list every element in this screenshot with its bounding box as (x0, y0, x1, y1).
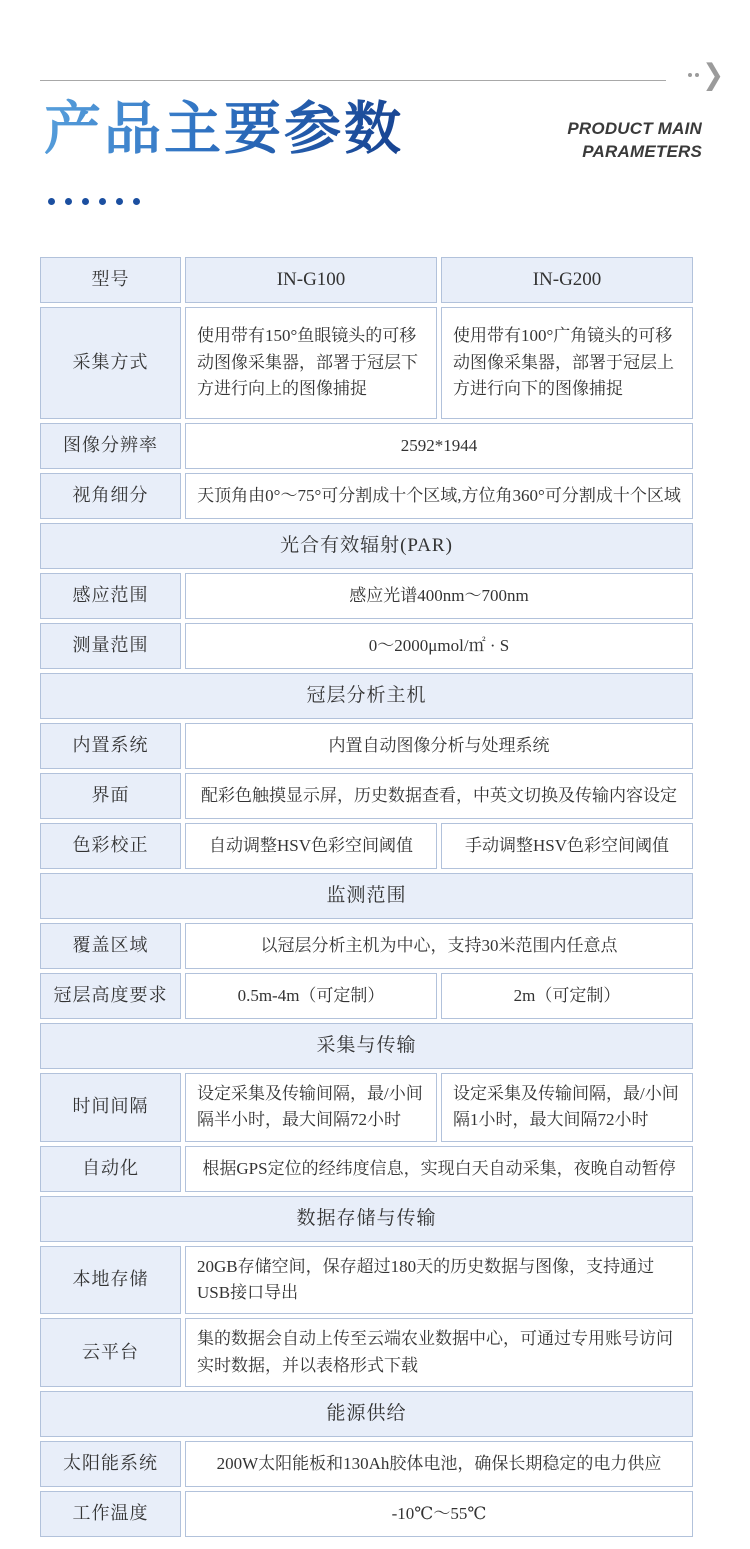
table-row: 自动化根据GPS定位的经纬度信息，实现白天自动采集，夜晚自动暂停 (40, 1146, 697, 1192)
spec-table: 型号IN-G100IN-G200采集方式使用带有150°鱼眼镜头的可移动图像采集… (40, 257, 697, 1537)
value-cell-span: 集的数据会自动上传至云端农业数据中心，可通过专用账号访问实时数据，并以表格形式下… (185, 1318, 693, 1387)
value-cell-span: 根据GPS定位的经纬度信息，实现白天自动采集，夜晚自动暂停 (185, 1146, 693, 1192)
header-divider-line (40, 80, 666, 81)
section-header-cell: 能源供给 (40, 1391, 693, 1437)
accent-dot-icon (99, 198, 106, 205)
row-label-cell: 图像分辨率 (40, 423, 181, 469)
row-label-cell: 自动化 (40, 1146, 181, 1192)
row-label-cell: 时间间隔 (40, 1073, 181, 1142)
table-row: 界面配彩色触摸显示屏，历史数据查看，中英文切换及传输内容设定 (40, 773, 697, 819)
table-row: 测量范围0～2000μmol/㎡ · S (40, 623, 697, 669)
value-cell-span: 感应光谱400nm～700nm (185, 573, 693, 619)
section-row: 监测范围 (40, 873, 697, 919)
row-label-cell: 本地存储 (40, 1246, 181, 1315)
section-row: 采集与传输 (40, 1023, 697, 1069)
accent-dot-icon (133, 198, 140, 205)
table-row: 色彩校正自动调整HSV色彩空间阈值手动调整HSV色彩空间阈值 (40, 823, 697, 869)
row-label-cell: 视角细分 (40, 473, 181, 519)
table-row: 太阳能系统200W太阳能板和130Ah胶体电池，确保长期稳定的电力供应 (40, 1441, 697, 1487)
value-cell-in-g200: 手动调整HSV色彩空间阈值 (441, 823, 693, 869)
accent-dot-icon (65, 198, 72, 205)
table-row: 型号IN-G100IN-G200 (40, 257, 697, 303)
value-cell-span: 2592*1944 (185, 423, 693, 469)
value-cell-in-g200: 设定采集及传输间隔，最/小间隔1小时，最大间隔72小时 (441, 1073, 693, 1142)
table-row: 冠层高度要求0.5m-4m（可定制）2m（可定制） (40, 973, 697, 1019)
value-cell-in-g100: 设定采集及传输间隔，最/小间隔半小时，最大间隔72小时 (185, 1073, 437, 1142)
row-label-cell: 太阳能系统 (40, 1441, 181, 1487)
table-row: 工作温度-10℃～55℃ (40, 1491, 697, 1537)
chevron-right-icon: ❯ (688, 62, 724, 88)
value-cell-in-g100: 使用带有150°鱼眼镜头的可移动图像采集器，部署于冠层下方进行向上的图像捕捉 (185, 307, 437, 419)
section-row: 数据存储与传输 (40, 1196, 697, 1242)
table-row: 覆盖区域以冠层分析主机为中心，支持30米范围内任意点 (40, 923, 697, 969)
value-cell-span: 200W太阳能板和130Ah胶体电池，确保长期稳定的电力供应 (185, 1441, 693, 1487)
value-cell-span: -10℃～55℃ (185, 1491, 693, 1537)
row-label-cell: 工作温度 (40, 1491, 181, 1537)
subtitle-line-1: PRODUCT MAIN (567, 118, 702, 141)
arrow-dot-icon (695, 73, 699, 77)
accent-dot-icon (116, 198, 123, 205)
chevron-glyph: ❯ (702, 61, 724, 90)
section-header-cell: 光合有效辐射(PAR) (40, 523, 693, 569)
row-label-cell: 采集方式 (40, 307, 181, 419)
value-cell-in-g200: IN-G200 (441, 257, 693, 303)
section-header-cell: 监测范围 (40, 873, 693, 919)
row-label-cell: 测量范围 (40, 623, 181, 669)
value-cell-in-g100: 0.5m-4m（可定制） (185, 973, 437, 1019)
row-label-cell: 界面 (40, 773, 181, 819)
table-row: 感应范围感应光谱400nm～700nm (40, 573, 697, 619)
section-row: 冠层分析主机 (40, 673, 697, 719)
row-label-cell: 色彩校正 (40, 823, 181, 869)
row-label-cell: 冠层高度要求 (40, 973, 181, 1019)
value-cell-span: 以冠层分析主机为中心，支持30米范围内任意点 (185, 923, 693, 969)
page-subtitle-en: PRODUCT MAIN PARAMETERS (567, 118, 702, 164)
accent-dot-icon (82, 198, 89, 205)
value-cell-span: 天顶角由0°～75°可分割成十个区域,方位角360°可分割成十个区域 (185, 473, 693, 519)
table-row: 时间间隔设定采集及传输间隔，最/小间隔半小时，最大间隔72小时设定采集及传输间隔… (40, 1073, 697, 1142)
value-cell-in-g200: 2m（可定制） (441, 973, 693, 1019)
section-header-cell: 数据存储与传输 (40, 1196, 693, 1242)
table-row: 云平台集的数据会自动上传至云端农业数据中心，可通过专用账号访问实时数据，并以表格… (40, 1318, 697, 1387)
value-cell-span: 0～2000μmol/㎡ · S (185, 623, 693, 669)
product-parameters-page: ❯ 产品主要参数 PRODUCT MAIN PARAMETERS 型号IN-G1… (0, 0, 750, 1549)
row-label-cell: 型号 (40, 257, 181, 303)
value-cell-in-g200: 使用带有100°广角镜头的可移动图像采集器，部署于冠层上方进行向下的图像捕捉 (441, 307, 693, 419)
value-cell-span: 20GB存储空间，保存超过180天的历史数据与图像，支持通过USB接口导出 (185, 1246, 693, 1315)
title-accent-dots (48, 198, 140, 205)
section-header-cell: 采集与传输 (40, 1023, 693, 1069)
table-row: 内置系统内置自动图像分析与处理系统 (40, 723, 697, 769)
row-label-cell: 覆盖区域 (40, 923, 181, 969)
table-row: 本地存储20GB存储空间，保存超过180天的历史数据与图像，支持通过USB接口导… (40, 1246, 697, 1315)
table-row: 图像分辨率2592*1944 (40, 423, 697, 469)
table-row: 采集方式使用带有150°鱼眼镜头的可移动图像采集器，部署于冠层下方进行向上的图像… (40, 307, 697, 419)
accent-dot-icon (48, 198, 55, 205)
value-cell-in-g100: IN-G100 (185, 257, 437, 303)
subtitle-line-2: PARAMETERS (567, 141, 702, 164)
value-cell-in-g100: 自动调整HSV色彩空间阈值 (185, 823, 437, 869)
page-title: 产品主要参数 (44, 96, 404, 164)
row-label-cell: 内置系统 (40, 723, 181, 769)
value-cell-span: 配彩色触摸显示屏，历史数据查看，中英文切换及传输内容设定 (185, 773, 693, 819)
section-header-cell: 冠层分析主机 (40, 673, 693, 719)
section-row: 能源供给 (40, 1391, 697, 1437)
table-row: 视角细分天顶角由0°～75°可分割成十个区域,方位角360°可分割成十个区域 (40, 473, 697, 519)
value-cell-span: 内置自动图像分析与处理系统 (185, 723, 693, 769)
row-label-cell: 感应范围 (40, 573, 181, 619)
row-label-cell: 云平台 (40, 1318, 181, 1387)
arrow-dot-icon (688, 73, 692, 77)
section-row: 光合有效辐射(PAR) (40, 523, 697, 569)
